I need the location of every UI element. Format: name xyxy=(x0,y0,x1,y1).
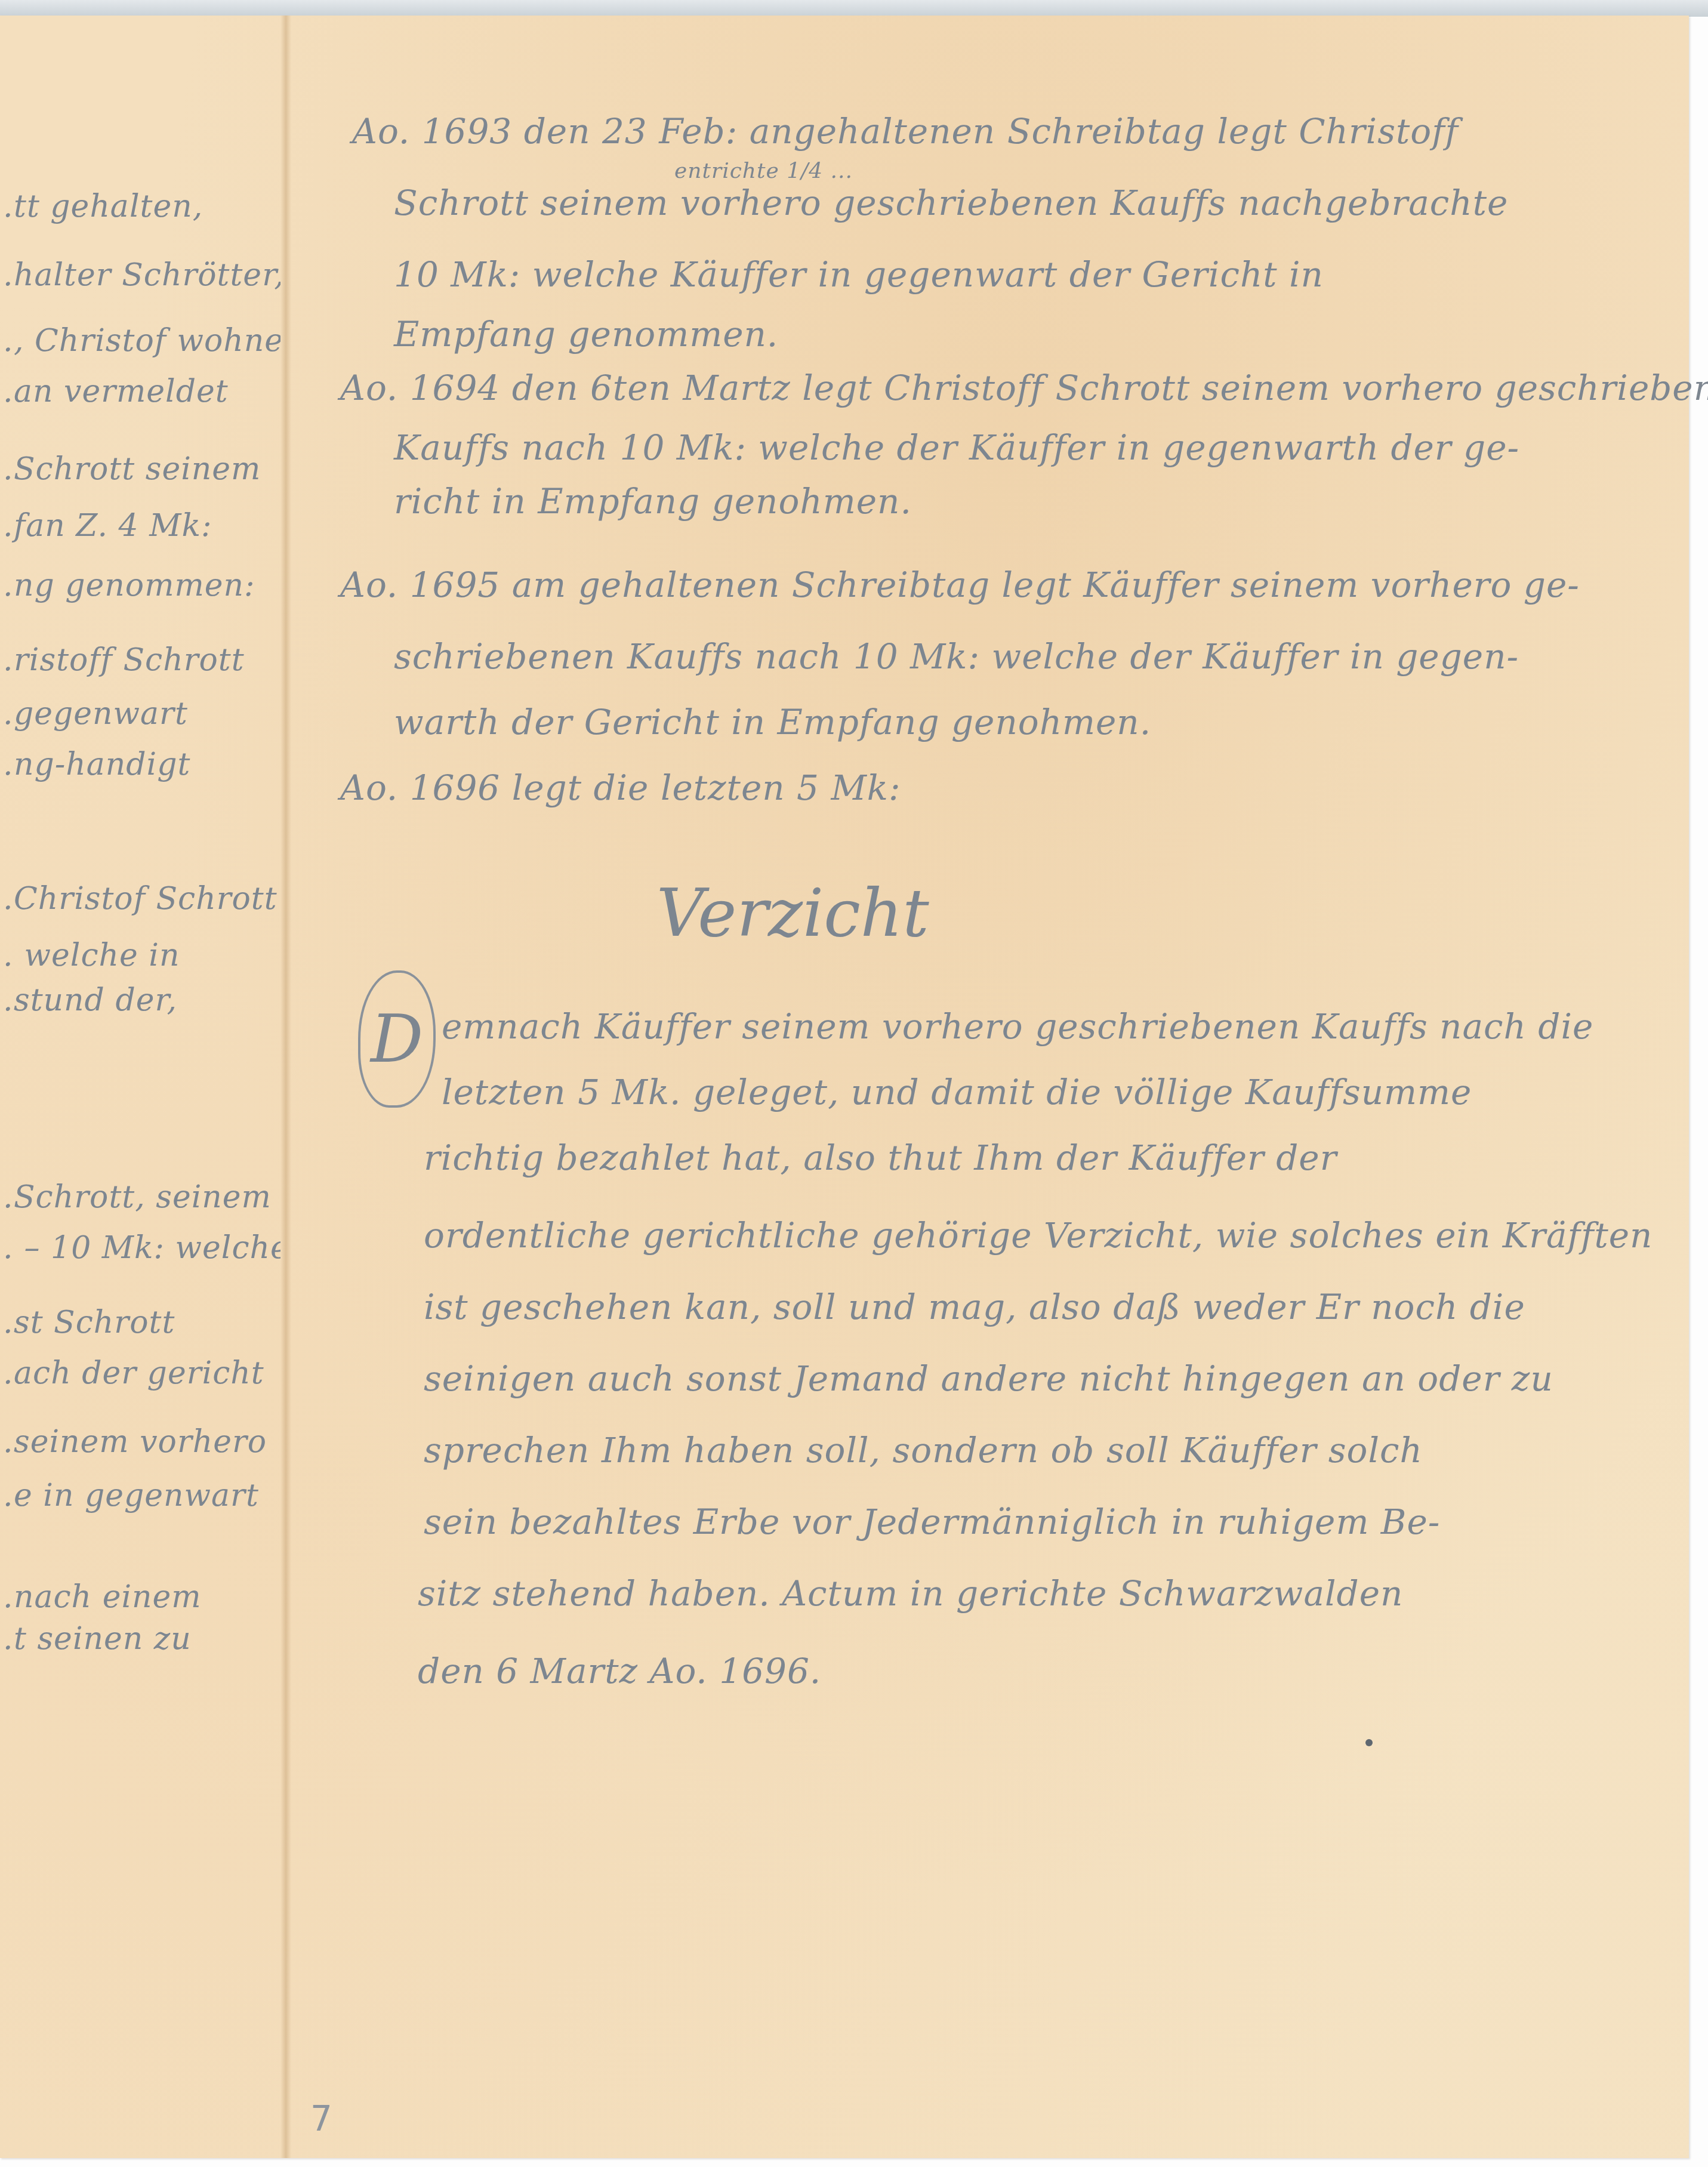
verzicht-line-8: sein bezahltes Erbe vor Jedermänniglich … xyxy=(424,1502,1440,1542)
verzicht-line-1: emnach Käuffer seinem vorhero geschriebe… xyxy=(442,1006,1593,1047)
left-line: …tt gehalten, xyxy=(0,189,203,224)
verzicht-line-6: seinigen auch sonst Jemand andere nicht … xyxy=(424,1358,1553,1399)
page-fold xyxy=(280,16,291,2158)
entry-1694-line-1: Ao. 1694 den 6ten Martz legt Christoff S… xyxy=(340,368,1708,408)
left-line: …nach einem xyxy=(0,1579,202,1615)
left-line: …stund der, xyxy=(0,982,177,1018)
entry-1693-line-3: 10 Mk: welche Käuffer in gegenwart der G… xyxy=(394,254,1324,295)
verzicht-line-5: ist geschehen kan, soll und mag, also da… xyxy=(424,1287,1525,1327)
left-line: …gegenwart xyxy=(0,696,188,732)
verzicht-line-4: ordentliche gerichtliche gehörige Verzic… xyxy=(424,1215,1652,1256)
entry-1693-line-1: Ao. 1693 den 23 Feb: angehaltenen Schrei… xyxy=(352,111,1459,152)
manuscript-sheet: …tt gehalten, …halter Schrötter, …, Chri… xyxy=(0,16,1689,2158)
left-line: …ng-handigt xyxy=(0,747,190,782)
left-line: … – 10 Mk: welche xyxy=(0,1230,280,1266)
entry-1694-line-2: Kauffs nach 10 Mk: welche der Käuffer in… xyxy=(394,427,1519,468)
left-line: …Schrott, seinem xyxy=(0,1179,272,1215)
entry-1695-line-3: warth der Gericht in Empfang genohmen. xyxy=(394,702,1151,742)
left-line: …st Schrott xyxy=(0,1305,175,1340)
verzicht-line-7: sprechen Ihm haben soll, sondern ob soll… xyxy=(424,1430,1423,1471)
verzicht-line-9: sitz stehend haben. Actum in gerichte Sc… xyxy=(418,1573,1403,1614)
page-number: 7 xyxy=(310,2098,332,2139)
left-line: …halter Schrötter, xyxy=(0,257,280,293)
left-line: …, Christof wohnen xyxy=(0,323,280,359)
scanner-edge xyxy=(0,0,1708,17)
entry-1694-line-3: richt in Empfang genohmen. xyxy=(394,481,912,522)
left-line: …Christof Schrott xyxy=(0,881,278,917)
left-line: …an vermeldet xyxy=(0,374,229,409)
entry-1695-line-1: Ao. 1695 am gehaltenen Schreibtag legt K… xyxy=(340,565,1580,605)
entry-1693-line-2: Schrott seinem vorhero geschriebenen Kau… xyxy=(394,183,1508,223)
left-line: …e in gegenwart xyxy=(0,1478,259,1513)
left-line: …ng genommen: xyxy=(0,568,255,603)
left-line: …ristoff Schrott xyxy=(0,642,245,678)
verzicht-line-10: den 6 Martz Ao. 1696. xyxy=(418,1651,821,1691)
decorated-initial: D xyxy=(358,970,436,1108)
entry-1693-line-4: Empfang genommen. xyxy=(394,314,778,355)
verzicht-line-2: letzten 5 Mk. geleget, und damit die völ… xyxy=(442,1072,1472,1112)
left-line: … welche in xyxy=(0,938,180,973)
entry-1695-line-2: schriebenen Kauffs nach 10 Mk: welche de… xyxy=(394,636,1519,677)
left-line: …Schrott seinem xyxy=(0,451,261,487)
interlinear-note: entrichte 1/4 ... xyxy=(674,159,853,183)
left-line: …ach der gericht xyxy=(0,1355,264,1391)
section-heading-verzicht: Verzicht xyxy=(656,875,929,951)
ink-dot xyxy=(1365,1739,1373,1746)
left-line: …seinem vorhero xyxy=(0,1424,267,1460)
left-line: …t seinen zu xyxy=(0,1621,192,1657)
entry-1696-line-1: Ao. 1696 legt die letzten 5 Mk: xyxy=(340,767,901,808)
left-page-fragment: …tt gehalten, …halter Schrötter, …, Chri… xyxy=(0,16,280,2158)
verzicht-line-3: richtig bezahlet hat, also thut Ihm der … xyxy=(424,1138,1337,1178)
left-line: …fan Z. 4 Mk: xyxy=(0,508,212,544)
